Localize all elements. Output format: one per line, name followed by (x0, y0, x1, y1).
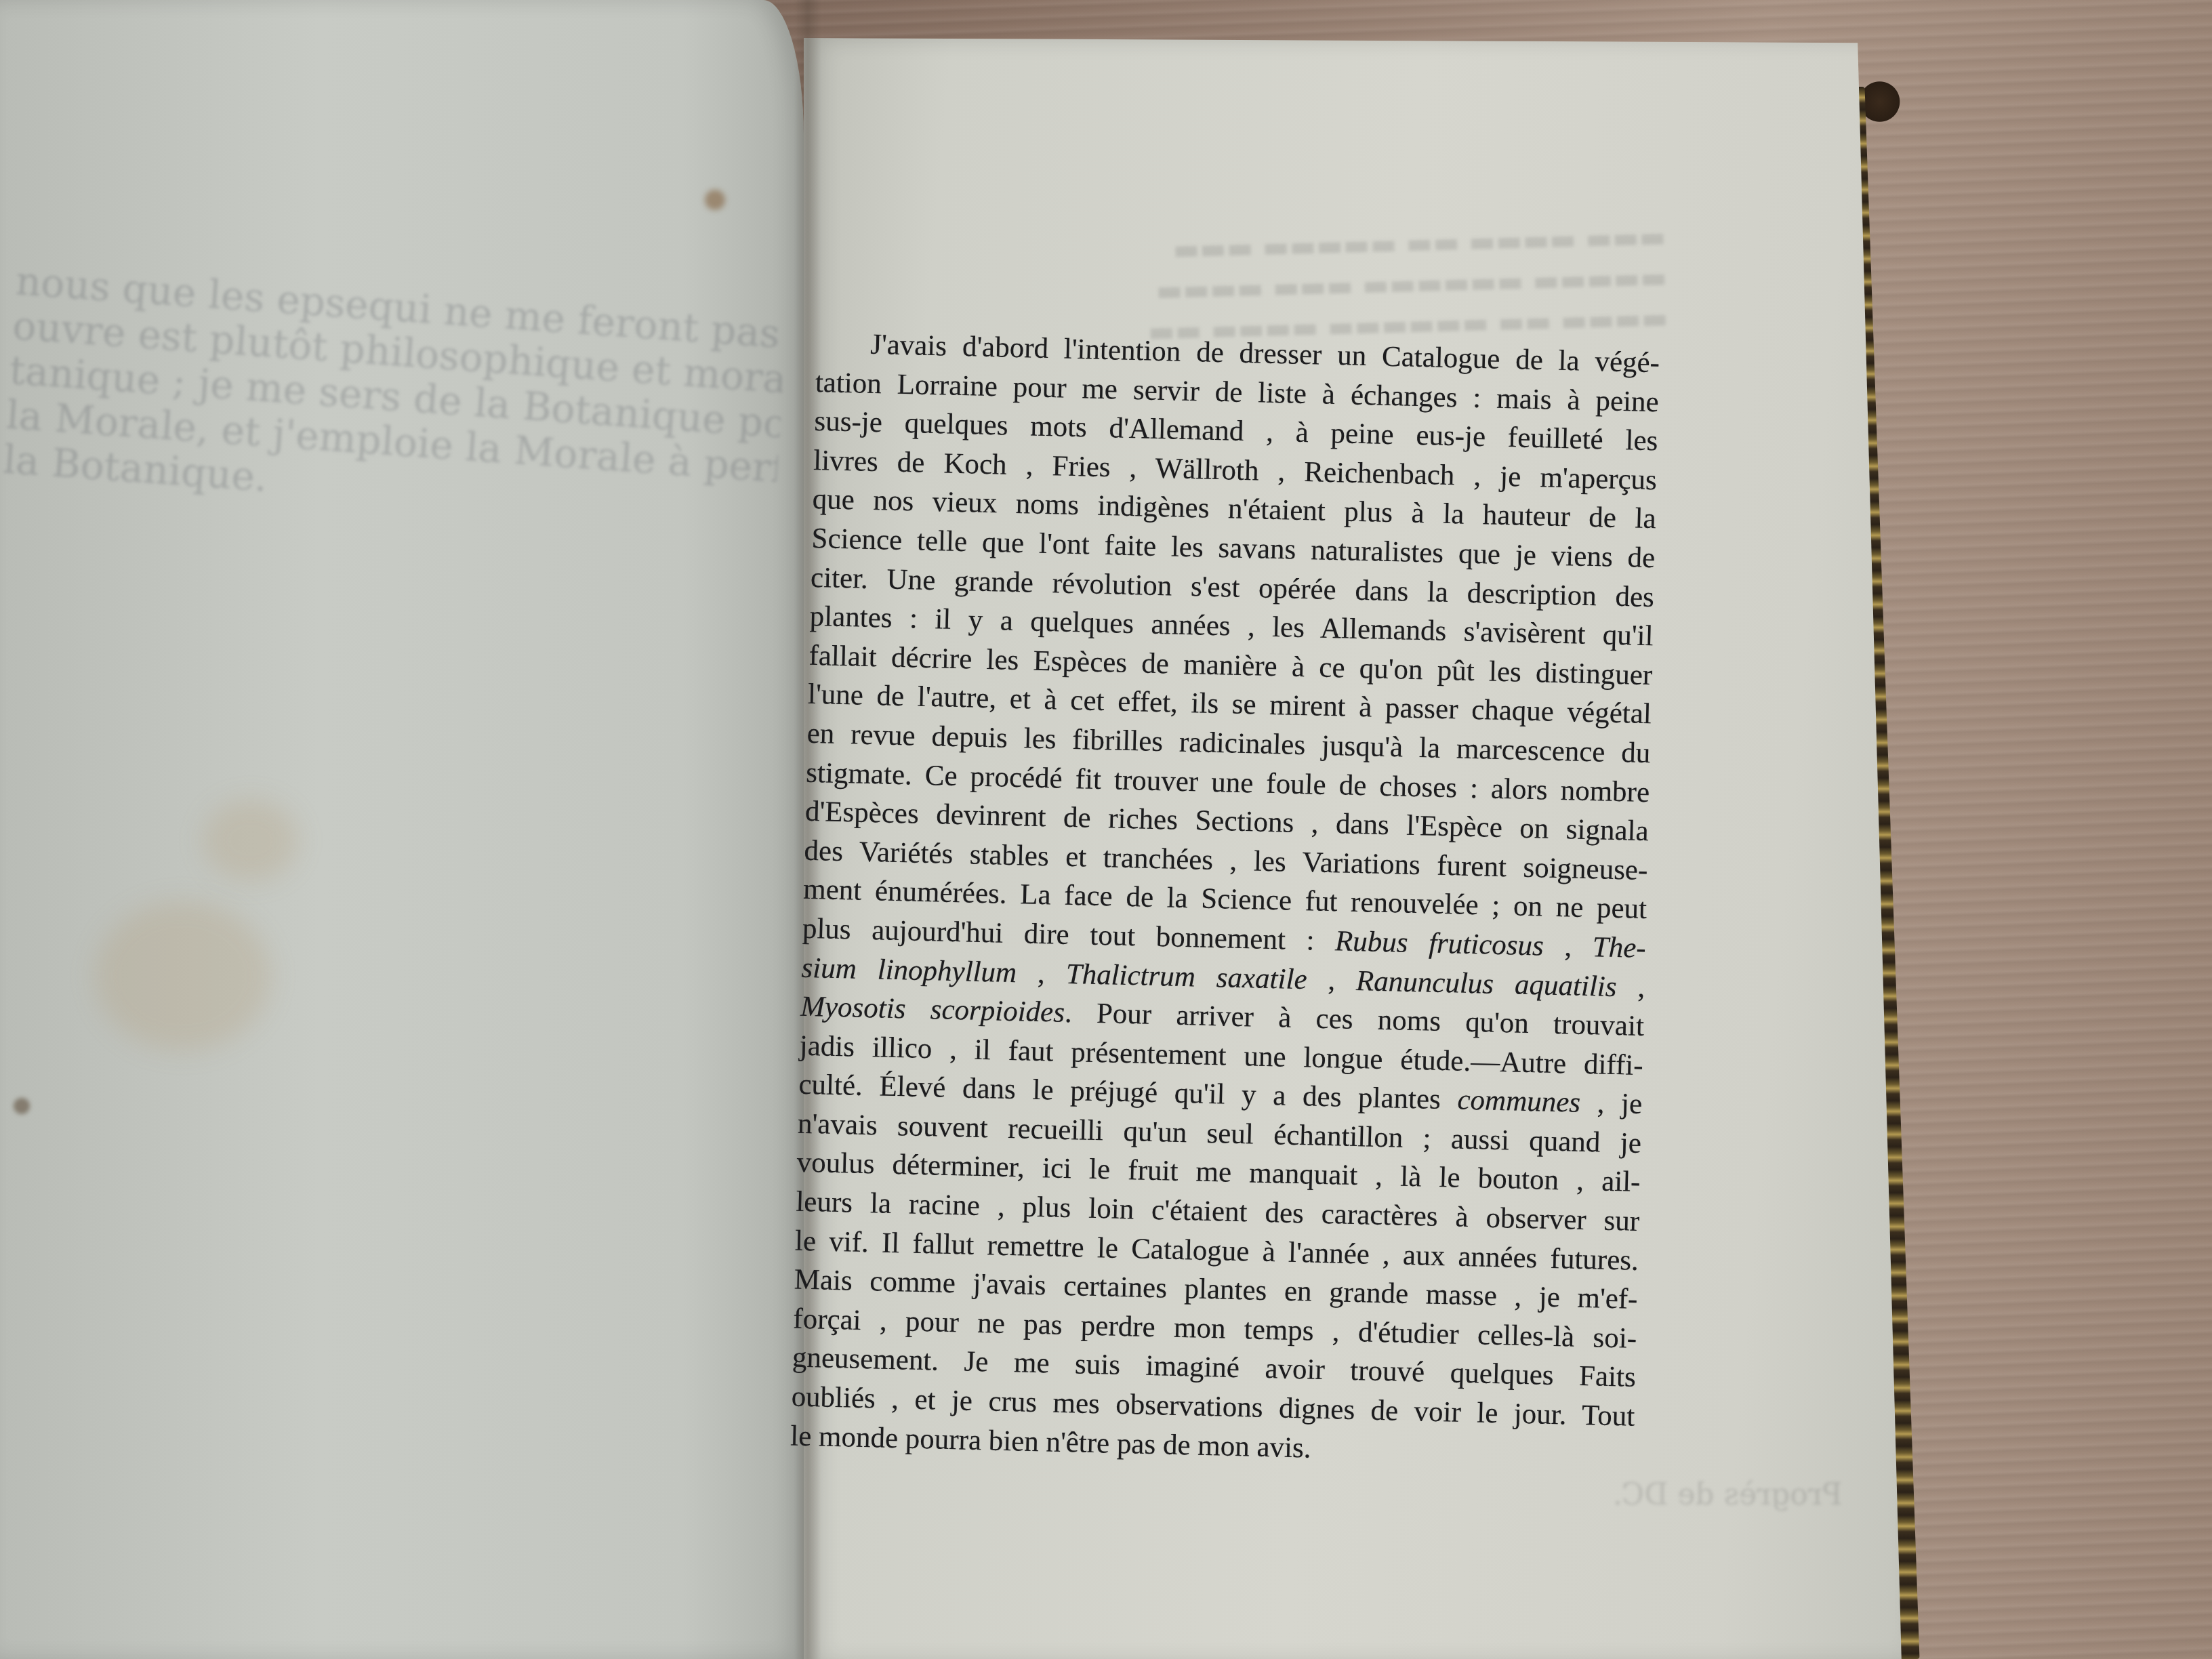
species-name: communes (1457, 1084, 1581, 1119)
body-paragraph: J'avais d'abord l'intention de dresser u… (790, 324, 1660, 1475)
text-segment: , (1543, 930, 1593, 963)
text-segment: , (1307, 964, 1357, 997)
species-name: Ranunculus aquatilis (1356, 965, 1618, 1003)
foxing-spot (705, 190, 725, 210)
bleedthrough-caption: Progrès de DC. (1613, 1477, 1843, 1512)
foxing-spot (14, 1098, 30, 1114)
species-name: Thalictrum saxatile (1065, 958, 1307, 995)
text-segment: , je (1580, 1087, 1642, 1120)
left-page-showthrough: nous que les epsequi ne me feront pas ; … (0, 258, 788, 785)
species-name: Rubus fruticosus (1335, 925, 1544, 962)
text-segment: , (1017, 957, 1067, 990)
species-name: sium linophyllum (801, 951, 1017, 988)
text-segment: le monde pourra bien n'être pas de mon a… (790, 1420, 1311, 1464)
species-name: Myosotis scorpioides (800, 991, 1065, 1029)
species-name: The- (1592, 931, 1646, 964)
left-page: nous que les epsequi ne me feront pas ; … (0, 0, 804, 1659)
paper-stain (95, 901, 271, 1050)
paper-stain (203, 800, 298, 881)
spine-headband-icon (1862, 81, 1906, 122)
text-segment: , (1616, 971, 1645, 1004)
